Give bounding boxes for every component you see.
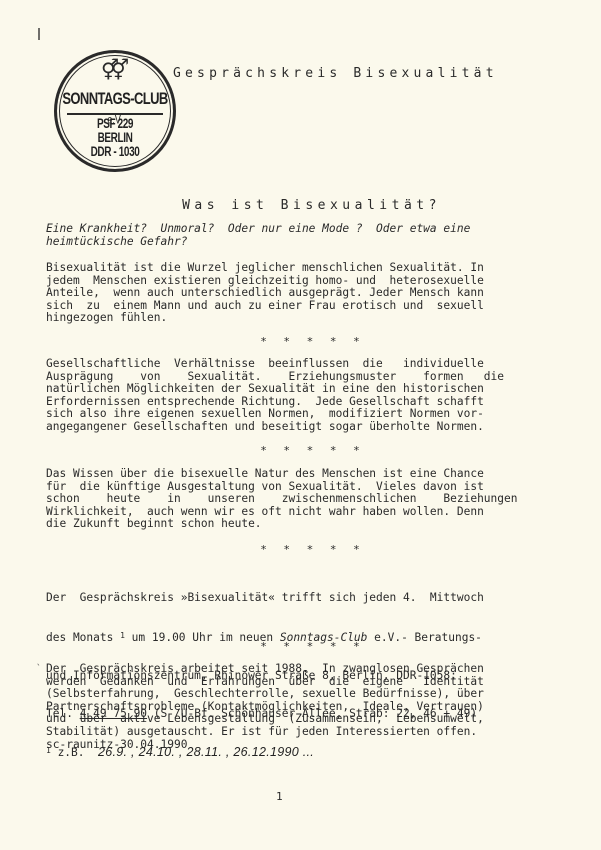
text-line: (Selbsterfahrung, Geschlechterrolle, sex…	[46, 688, 526, 701]
intro-questions: Eine Krankheit? Unmoral? Oder nur eine M…	[46, 223, 526, 248]
text-line: Stabilität) ausgetauscht. Er ist für jed…	[46, 726, 526, 739]
text-line: die Zukunft beginnt schon heute.	[46, 518, 526, 531]
stamp-city: BERLIN	[57, 131, 173, 146]
header-title: Gesprächskreis Bisexualität	[173, 66, 498, 81]
text-line: Gesellschaftliche Verhältnisse beeinflus…	[46, 358, 526, 371]
gender-symbol-right-icon: ⚥	[111, 58, 129, 82]
paragraph-5: Der Gesprächskreis arbeitet seit 1988. I…	[46, 663, 526, 751]
text-line: Der Gesprächskreis »Bisexualität« trifft…	[46, 592, 526, 605]
signature-line: sc-raunitz-30.04.1990	[46, 739, 526, 752]
text-line: schon heute in unseren zwischenmenschlic…	[46, 493, 526, 506]
stamp-name-text: SONNTAGS-CLUB	[62, 89, 167, 109]
intro-line: Eine Krankheit? Unmoral? Oder nur eine M…	[46, 223, 526, 236]
page-number: 1	[276, 790, 283, 803]
stamp-postcode: DDR - 1030	[57, 145, 173, 160]
pen-mark	[38, 28, 40, 40]
text-line: Das Wissen über die bisexuelle Natur des…	[46, 468, 526, 481]
paragraph-3: Das Wissen über die bisexuelle Natur des…	[46, 468, 526, 531]
section-separator: * * * * *	[0, 335, 601, 348]
club-stamp: ⚥⚥ SONNTAGS-CLUB e.V. PSF 229 BERLIN DDR…	[54, 50, 176, 172]
intro-line: heimtückische Gefahr?	[46, 236, 526, 249]
text-line: Anteile, wenn auch unterschiedlich ausge…	[46, 287, 526, 300]
margin-mark: `	[36, 664, 41, 674]
section-separator: * * * * *	[0, 543, 601, 556]
text-line: Der Gesprächskreis arbeitet seit 1988. I…	[46, 663, 526, 676]
text-line: natürlichen Möglichkeiten der Sexualität…	[46, 383, 526, 396]
paragraph-2: Gesellschaftliche Verhältnisse beeinflus…	[46, 358, 526, 434]
document-page: ⚥⚥ SONNTAGS-CLUB e.V. PSF 229 BERLIN DDR…	[0, 0, 601, 850]
section-separator: * * * * *	[0, 444, 601, 457]
text-line: hingezogen fühlen.	[46, 312, 526, 325]
text-line: angegangener Gesellschaften und beseitig…	[46, 421, 526, 434]
paragraph-1: Bisexualität ist die Wurzel jeglicher me…	[46, 262, 526, 325]
text-line: Bisexualität ist die Wurzel jeglicher me…	[46, 262, 526, 275]
gender-symbols-icon: ⚥⚥	[57, 59, 173, 81]
stamp-postbox: PSF 229	[57, 117, 173, 132]
stamp-divider	[67, 113, 163, 115]
section-separator: * * * * *	[0, 640, 601, 653]
main-title: Was ist Bisexualität?	[0, 198, 601, 213]
